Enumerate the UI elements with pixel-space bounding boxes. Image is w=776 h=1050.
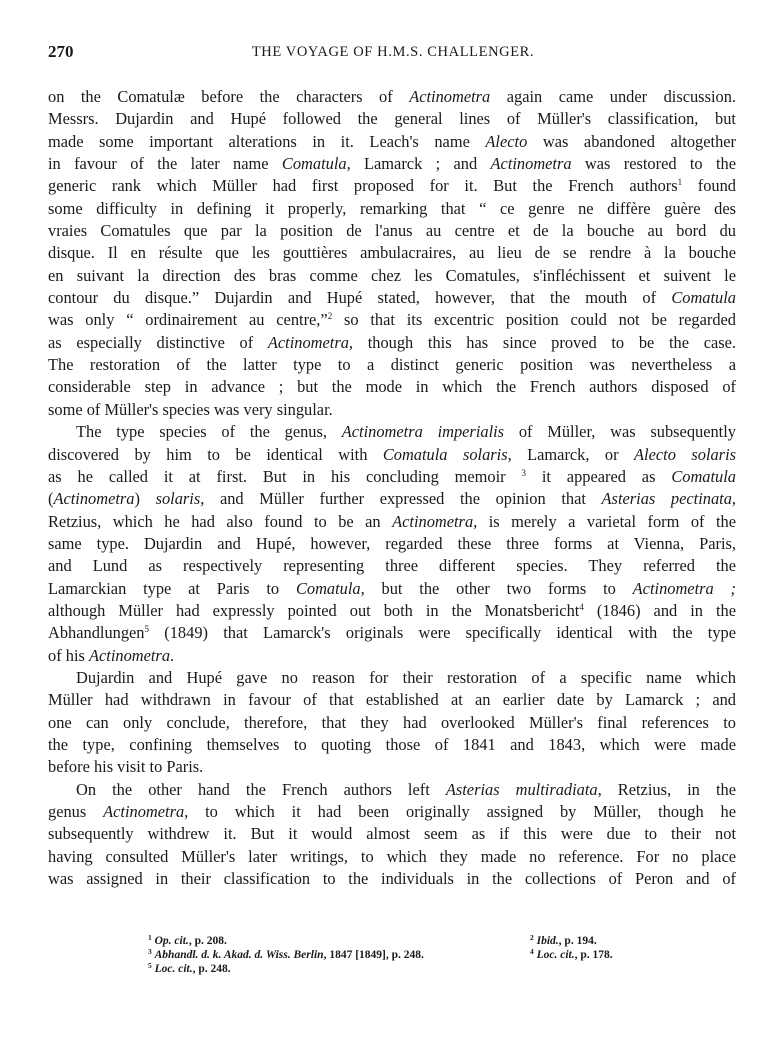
- italic-term: solaris: [156, 489, 201, 508]
- text-line: Abhandlungen5 (1849) that Lamarck's orig…: [48, 622, 736, 644]
- text-line: disque. Il en résulte que les gouttières…: [48, 242, 736, 264]
- italic-term: Actinometra imperialis: [342, 422, 504, 441]
- footnote-3: 3 Abhandl. d. k. Akad. d. Wiss. Berlin, …: [148, 948, 424, 962]
- italic-term: Comatula: [282, 154, 347, 173]
- text-line: in favour of the later name Comatula, La…: [48, 153, 736, 175]
- running-title: THE VOYAGE OF H.M.S. CHALLENGER.: [48, 44, 738, 61]
- text-line: although Müller had expressly pointed ou…: [48, 600, 736, 622]
- text-line: Müller had withdrawn in favour of that e…: [48, 689, 736, 711]
- italic-term: Actinometra: [89, 646, 170, 665]
- text-line: Retzius, which he had also found to be a…: [48, 511, 736, 533]
- text-line: same type. Dujardin and Hupé, however, r…: [48, 533, 736, 555]
- text-line: contour du disque.” Dujardin and Hupé st…: [48, 287, 736, 309]
- text-line: some difficulty in defining it properly,…: [48, 198, 736, 220]
- italic-term: Actinometra ;: [633, 579, 736, 598]
- italic-term: Comatula solaris: [383, 445, 508, 464]
- footnote-row: 5 Loc. cit., p. 248.: [148, 962, 668, 976]
- text-line: genus Actinometra, to which it had been …: [48, 801, 736, 823]
- italic-term: Actinometra: [268, 333, 349, 352]
- italic-term: Actinometra: [103, 802, 184, 821]
- text-line: on the Comatulæ before the characters of…: [48, 86, 736, 108]
- footnote-1: 1 Op. cit., p. 208.: [148, 934, 227, 948]
- italic-term: Comatula: [671, 288, 736, 307]
- text-line: (Actinometra) solaris, and Müller furthe…: [48, 488, 736, 510]
- text-line: Lamarckian type at Paris to Comatula, bu…: [48, 578, 736, 600]
- text-line: Dujardin and Hupé gave no reason for the…: [48, 667, 736, 689]
- text-line: The type species of the genus, Actinomet…: [48, 421, 736, 443]
- italic-term: Comatula: [296, 579, 361, 598]
- italic-term: Asterias multiradiata: [446, 780, 598, 799]
- body-text: on the Comatulæ before the characters of…: [48, 86, 736, 890]
- text-line: generic rank which Müller had first prop…: [48, 175, 736, 197]
- running-header: 270 THE VOYAGE OF H.M.S. CHALLENGER.: [48, 42, 738, 66]
- text-line: considerable step in advance ; but the m…: [48, 376, 736, 398]
- text-line: before his visit to Paris.: [48, 756, 736, 778]
- text-line: Messrs. Dujardin and Hupé followed the g…: [48, 108, 736, 130]
- text-line: and Lund as respectively representing th…: [48, 555, 736, 577]
- italic-term: Actinometra: [491, 154, 572, 173]
- italic-term: Actinometra: [392, 512, 473, 531]
- footnote-2: 2 Ibid., p. 194.: [530, 934, 597, 948]
- italic-term: Alecto: [485, 132, 527, 151]
- text-line: of his Actinometra.: [48, 645, 736, 667]
- footnote-5: 5 Loc. cit., p. 248.: [148, 962, 231, 976]
- text-line: as he called it at first. But in his con…: [48, 466, 736, 488]
- text-line: the type, confining themselves to quotin…: [48, 734, 736, 756]
- footnote-row: 1 Op. cit., p. 208. 2 Ibid., p. 194.: [148, 934, 668, 948]
- italic-term: Actinometra: [409, 87, 490, 106]
- italic-term: Comatula: [671, 467, 736, 486]
- text-line: The restoration of the latter type to a …: [48, 354, 736, 376]
- text-line: On the other hand the French authors lef…: [48, 779, 736, 801]
- footnotes: 1 Op. cit., p. 208. 2 Ibid., p. 194. 3 A…: [148, 934, 668, 976]
- text-line: having consulted Müller's later writings…: [48, 846, 736, 868]
- text-line: subsequently withdrew it. But it would a…: [48, 823, 736, 845]
- text-line: was assigned in their classification to …: [48, 868, 736, 890]
- text-line: was only “ ordinairement au centre,”2 so…: [48, 309, 736, 331]
- italic-term: Actinometra: [53, 489, 134, 508]
- italic-term: Alecto solaris: [634, 445, 736, 464]
- italic-term: Asterias pectinata: [602, 489, 732, 508]
- text-line: discovered by him to be identical with C…: [48, 444, 736, 466]
- footnote-4: 4 Loc. cit., p. 178.: [530, 948, 613, 962]
- text-line: made some important alterations in it. L…: [48, 131, 736, 153]
- text-line: vraies Comatules que par la position de …: [48, 220, 736, 242]
- text-line: en suivant la direction des bras comme c…: [48, 265, 736, 287]
- text-line: some of Müller's species was very singul…: [48, 399, 736, 421]
- footnote-row: 3 Abhandl. d. k. Akad. d. Wiss. Berlin, …: [148, 948, 668, 962]
- text-line: one can only conclude, therefore, that t…: [48, 712, 736, 734]
- text-line: as especially distinctive of Actinometra…: [48, 332, 736, 354]
